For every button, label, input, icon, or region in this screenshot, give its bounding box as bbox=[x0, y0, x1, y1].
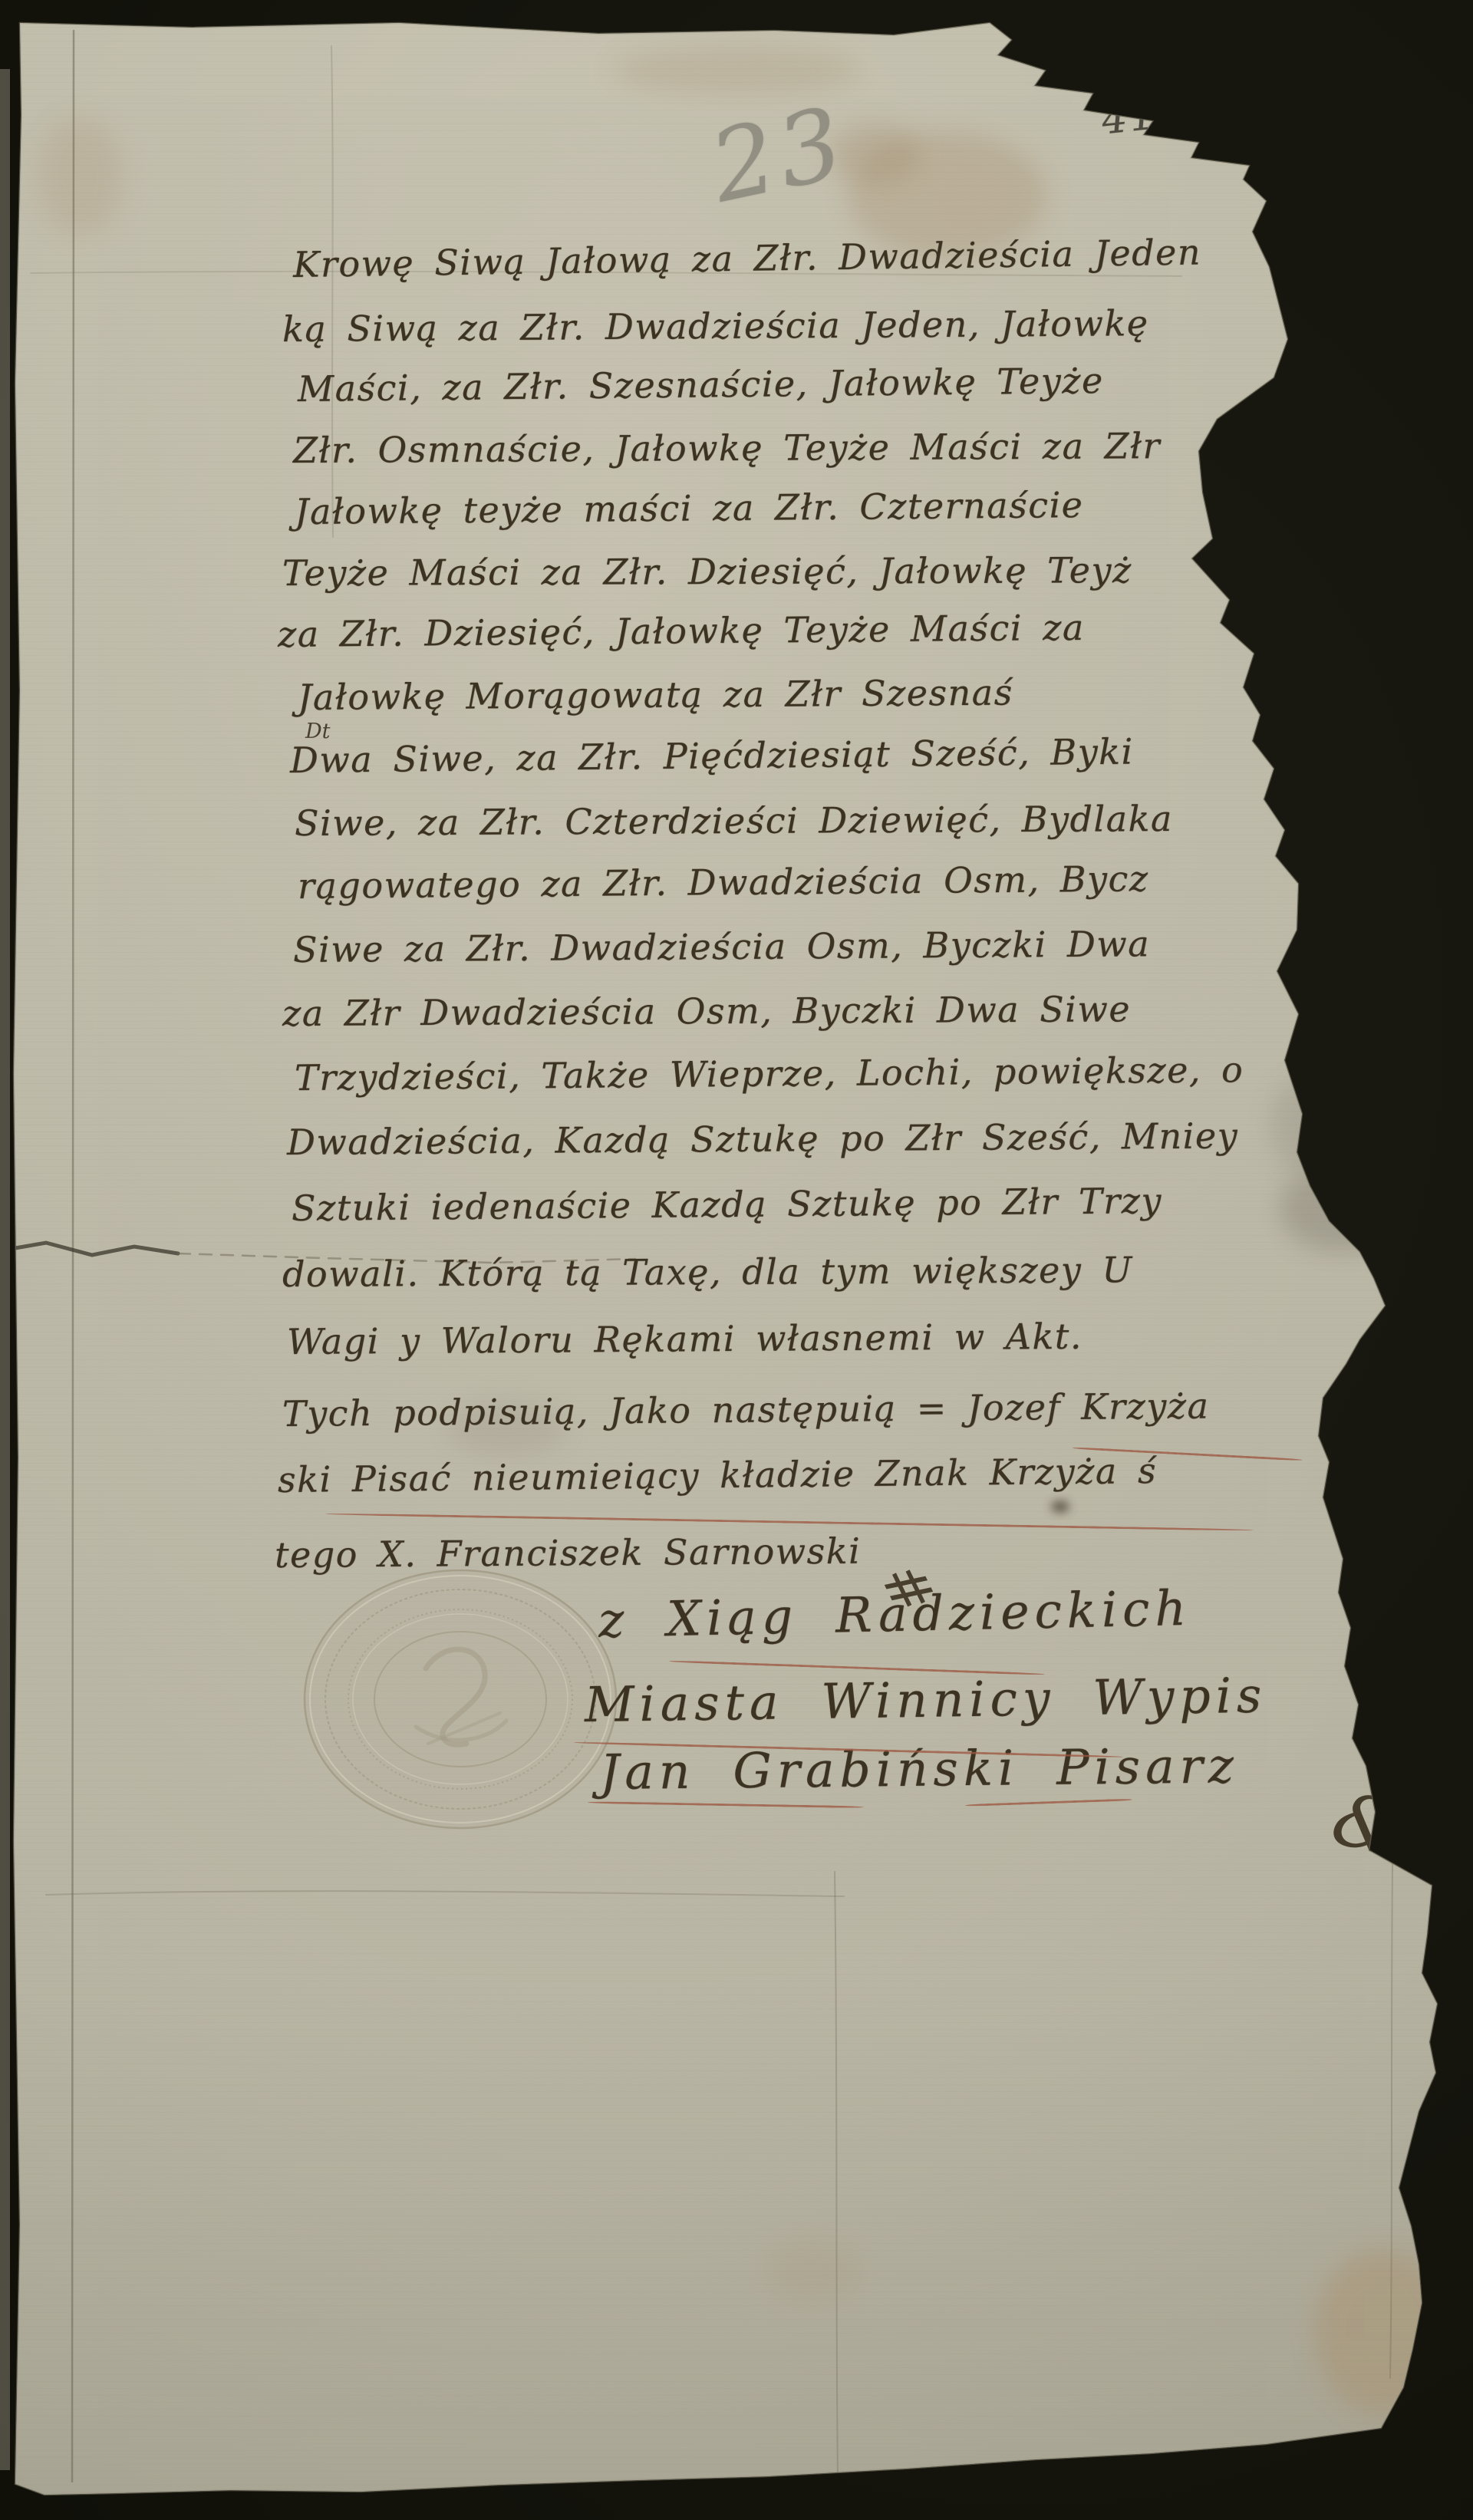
manuscript-line: Siwe za Złr. Dwadzieścia Osm, Byczki Dwa bbox=[293, 923, 1150, 970]
closing-line: Miasta Winnicy Wypis bbox=[584, 1668, 1267, 1733]
manuscript-line: Sztuki iedenaście Kazdą Sztukę po Złr Tr… bbox=[292, 1180, 1162, 1229]
adjacent-page-edge bbox=[0, 69, 10, 2470]
manuscript-line: za Złr. Dziesięć, Jałowkę Teyże Maści za bbox=[278, 607, 1085, 655]
manuscript-line: Teyże Maści za Złr. Dziesięć, Jałowkę Te… bbox=[282, 549, 1132, 594]
manuscript-line: Siwe, za Złr. Czterdzieści Dziewięć, Byd… bbox=[295, 798, 1173, 844]
manuscript-line: Jałowkę teyże maści za Złr. Czternaście bbox=[295, 484, 1084, 532]
manuscript-line: Złr. Osmnaście, Jałowkę Teyże Maści za Z… bbox=[293, 425, 1161, 471]
manuscript-line: za Złr Dwadzieścia Osm, Byczki Dwa Siwe bbox=[282, 988, 1131, 1034]
archival-scan: 23 416 Krowę Siwą Jałową za Złr. Dwadzie… bbox=[0, 0, 1473, 2520]
closing-line: Jan Grabiński Pisarz bbox=[600, 1738, 1240, 1800]
manuscript-line: Maści, za Złr. Szesnaście, Jałowkę Teyże bbox=[298, 360, 1104, 410]
manuscript-line: Trzydzieści, Także Wieprze, Lochi, powię… bbox=[295, 1049, 1244, 1099]
manuscript-line: dowali. Którą tą Taxę, dla tym większey … bbox=[282, 1249, 1133, 1295]
manuscript-line: Jałowkę Morągowatą za Złr Szesnaś bbox=[298, 671, 1013, 718]
manuscript-line: Wagi y Waloru Rękami własnemi w Akt. bbox=[287, 1316, 1083, 1362]
manuscript-line: tego X. Franciszek Sarnowski bbox=[275, 1530, 862, 1576]
manuscript-line: rągowatego za Złr. Dwadzieścia Osm, Bycz bbox=[298, 858, 1149, 907]
manuscript-line: Dwadzieścia, Kazdą Sztukę po Złr Sześć, … bbox=[287, 1115, 1238, 1163]
manuscript-line: ką Siwą za Złr. Dwadzieścia Jeden, Jałow… bbox=[282, 302, 1149, 350]
manuscript-line: Dwa Siwe, za Złr. Pięćdziesiąt Sześć, By… bbox=[290, 730, 1134, 781]
manuscript-line: Tych podpisuią, Jako następuią = Jozef K… bbox=[282, 1385, 1210, 1435]
page-content: 23 416 Krowę Siwą Jałową za Złr. Dwadzie… bbox=[0, 0, 1473, 2520]
